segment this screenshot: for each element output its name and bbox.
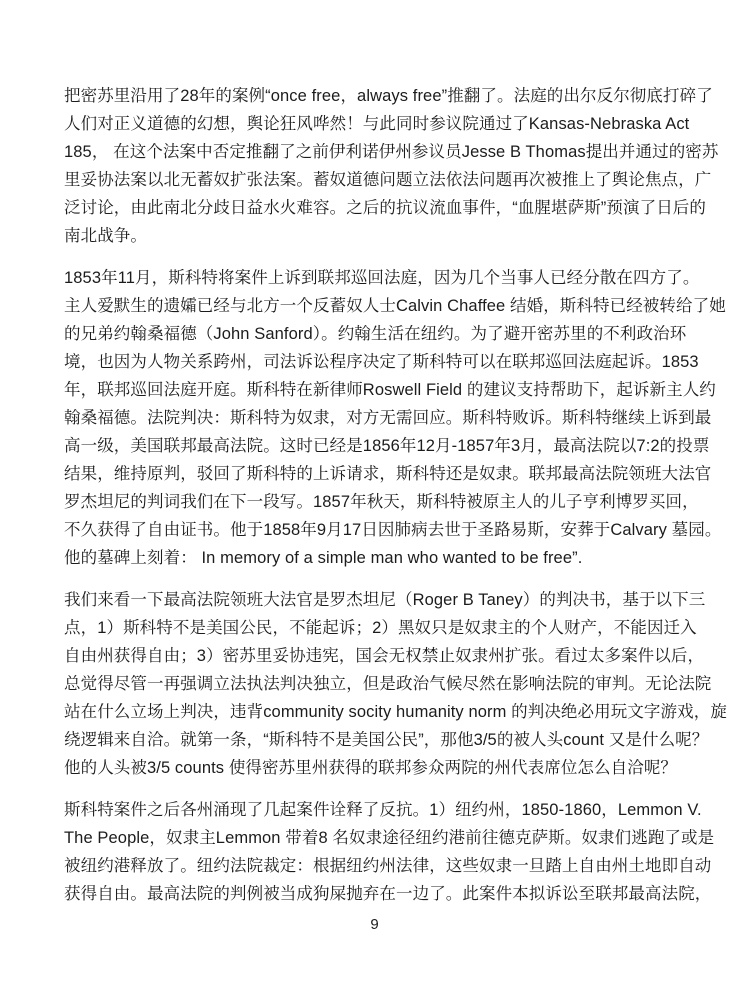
text-line: 泛讨论，由此南北分歧日益水火难容。之后的抗议流血事件，“血腥堪萨斯”预演了日后的 — [64, 194, 694, 222]
paragraph: 斯科特案件之后各州涌现了几起案件诠释了反抗。1）纽约州，1850-1860，Le… — [64, 796, 694, 908]
text-line: 里妥协法案以北无蓄奴扩张法案。蓄奴道德问题立法依法问题再次被推上了舆论焦点，广 — [64, 166, 694, 194]
text-line: 南北战争。 — [64, 222, 694, 250]
paragraph: 1853年11月，斯科特将案件上诉到联邦巡回法庭，因为几个当事人已经分散在四方了… — [64, 264, 694, 572]
text-line: 点，1）斯科特不是美国公民，不能起诉；2）黑奴只是奴隶主的个人财产，不能因迁入 — [64, 614, 694, 642]
document-body: 把密苏里沿用了28年的案例“once free，always free”推翻了。… — [64, 82, 694, 922]
text-line: 他的人头被3/5 counts 使得密苏里州获得的联邦参众两院的州代表席位怎么自… — [64, 754, 694, 782]
text-line: 境，也因为人物关系跨州，司法诉讼程序决定了斯科特可以在联邦巡回法庭起诉。1853 — [64, 348, 694, 376]
text-line: 斯科特案件之后各州涌现了几起案件诠释了反抗。1）纽约州，1850-1860，Le… — [64, 796, 694, 824]
page-number: 9 — [0, 916, 749, 933]
text-line: The People，奴隶主Lemmon 带着8 名奴隶途径纽约港前往德克萨斯。… — [64, 824, 694, 852]
text-line: 1853年11月，斯科特将案件上诉到联邦巡回法庭，因为几个当事人已经分散在四方了… — [64, 264, 694, 292]
text-line: 的兄弟约翰桑福德（John Sanford）。约翰生活在纽约。为了避开密苏里的不… — [64, 320, 694, 348]
text-line: 罗杰坦尼的判词我们在下一段写。1857年秋天，斯科特被原主人的儿子亨利博罗买回， — [64, 488, 694, 516]
text-line: 人们对正义道德的幻想，舆论狂风哗然！与此同时参议院通过了Kansas-Nebra… — [64, 110, 694, 138]
text-line: 185， 在这个法案中否定推翻了之前伊利诺伊州参议员Jesse B Thomas… — [64, 138, 694, 166]
text-line: 绕逻辑来自洽。就第一条，“斯科特不是美国公民”，那他3/5的被人头count 又… — [64, 726, 694, 754]
text-line: 总觉得尽管一再强调立法执法判决独立，但是政治气候尽然在影响法院的审判。无论法院 — [64, 670, 694, 698]
text-line: 自由州获得自由；3）密苏里妥协违宪，国会无权禁止奴隶州扩张。看过太多案件以后， — [64, 642, 694, 670]
text-line: 年，联邦巡回法庭开庭。斯科特在新律师Roswell Field 的建议支持帮助下… — [64, 376, 694, 404]
document-page: 把密苏里沿用了28年的案例“once free，always free”推翻了。… — [0, 0, 749, 1000]
text-line: 我们来看一下最高法院领班大法官是罗杰坦尼（Roger B Taney）的判决书，… — [64, 586, 694, 614]
paragraph: 我们来看一下最高法院领班大法官是罗杰坦尼（Roger B Taney）的判决书，… — [64, 586, 694, 782]
text-line: 站在什么立场上判决，违背community socity humanity no… — [64, 698, 694, 726]
text-line: 主人爱默生的遗孀已经与北方一个反蓄奴人士Calvin Chaffee 结婚，斯科… — [64, 292, 694, 320]
text-line: 他的墓碑上刻着： In memory of a simple man who w… — [64, 544, 694, 572]
paragraph: 把密苏里沿用了28年的案例“once free，always free”推翻了。… — [64, 82, 694, 250]
text-line: 翰桑福德。法院判决：斯科特为奴隶，对方无需回应。斯科特败诉。斯科特继续上诉到最 — [64, 404, 694, 432]
text-line: 被纽约港释放了。纽约法院裁定：根据纽约州法律，这些奴隶一旦踏上自由州土地即自动 — [64, 852, 694, 880]
text-line: 不久获得了自由证书。他于1858年9月17日因肺病去世于圣路易斯，安葬于Calv… — [64, 516, 694, 544]
text-line: 获得自由。最高法院的判例被当成狗屎抛弃在一边了。此案件本拟诉讼至联邦最高法院， — [64, 880, 694, 908]
text-line: 把密苏里沿用了28年的案例“once free，always free”推翻了。… — [64, 82, 694, 110]
text-line: 结果，维持原判，驳回了斯科特的上诉请求，斯科特还是奴隶。联邦最高法院领班大法官 — [64, 460, 694, 488]
text-line: 高一级，美国联邦最高法院。这时已经是1856年12月-1857年3月，最高法院以… — [64, 432, 694, 460]
